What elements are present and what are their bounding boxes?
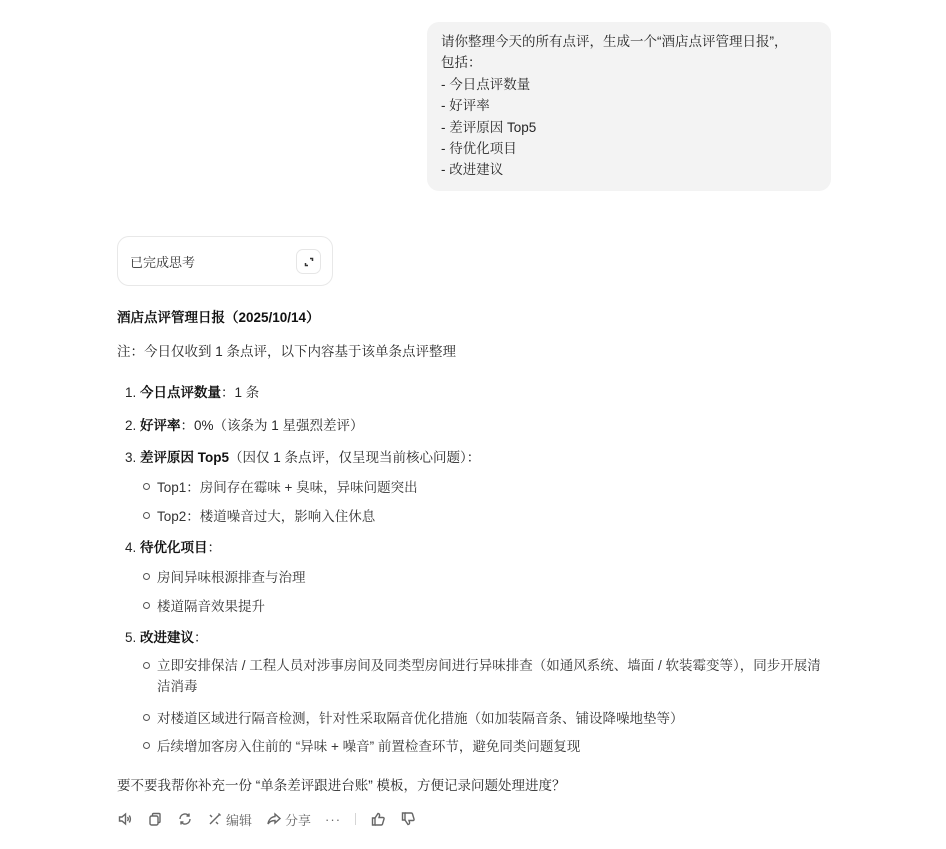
- sub-list-item: 立即安排保洁 / 工程人员对涉事房间及同类型房间进行异味排查（如通风系统、墙面 …: [157, 655, 833, 697]
- edit-icon: [207, 811, 223, 827]
- list-item-label: 今日点评数量: [140, 385, 221, 400]
- sub-list-item: Top2：楼道噪音过大，影响入住休息: [157, 505, 375, 525]
- list-item-optimization: 4. 待优化项目：: [125, 536, 221, 556]
- share-icon: [266, 811, 282, 827]
- user-message-line: - 差评原因 Top5: [441, 117, 817, 138]
- list-item-text: 0%（该条为 1 星强烈差评）: [194, 418, 364, 433]
- list-item-sep: ：: [221, 385, 235, 400]
- thinking-label: 已完成思考: [130, 252, 195, 271]
- list-item-label: 待优化项目: [140, 540, 208, 555]
- list-item-sep: ：: [208, 540, 222, 555]
- list-item-top5-reasons: 3. 差评原因 Top5（因仅 1 条点评，仅呈现当前核心问题）：: [125, 446, 480, 466]
- user-message-line: - 今日点评数量: [441, 74, 817, 95]
- list-number: 3.: [125, 450, 136, 465]
- thumbs-up-icon: [370, 811, 386, 827]
- speaker-icon: [117, 811, 133, 827]
- like-button[interactable]: [370, 811, 386, 827]
- user-message-line: - 改进建议: [441, 159, 817, 180]
- list-item-sep: ：: [181, 418, 195, 433]
- list-number: 2.: [125, 418, 136, 433]
- list-item-suggestions: 5. 改进建议：: [125, 626, 208, 646]
- followup-question: 要不要我帮你补充一份 “单条差评跟进台账” 模板，方便记录问题处理进度？: [117, 774, 566, 794]
- dislike-button[interactable]: [400, 811, 416, 827]
- list-item-review-count: 1. 今日点评数量：1 条: [125, 381, 259, 401]
- sub-list-item: 后续增加客房入住前的 “异味 + 噪音” 前置检查环节，避免同类问题复现: [157, 735, 580, 755]
- list-item-label: 好评率: [140, 418, 181, 433]
- user-message-line: - 好评率: [441, 95, 817, 116]
- edit-button[interactable]: 编辑: [207, 810, 252, 829]
- copy-button[interactable]: [147, 811, 163, 827]
- thinking-status-card[interactable]: 已完成思考: [117, 236, 333, 286]
- edit-label: 编辑: [226, 810, 252, 829]
- more-options-button[interactable]: ···: [325, 812, 341, 827]
- expand-thinking-button[interactable]: [296, 249, 321, 274]
- expand-icon: [303, 256, 315, 268]
- user-message-line: 包括：: [441, 52, 817, 73]
- sub-list-item: 楼道隔音效果提升: [157, 595, 265, 615]
- user-message-line: - 待优化项目: [441, 138, 817, 159]
- read-aloud-button[interactable]: [117, 811, 133, 827]
- list-item-label: 改进建议: [140, 630, 194, 645]
- more-icon: ···: [325, 812, 341, 827]
- list-number: 4.: [125, 540, 136, 555]
- copy-icon: [147, 811, 163, 827]
- sub-list-item: Top1：房间存在霉味 + 臭味，异味问题突出: [157, 476, 418, 496]
- sub-list-item: 房间异味根源排查与治理: [157, 566, 306, 586]
- list-number: 5.: [125, 630, 136, 645]
- refresh-icon: [177, 811, 193, 827]
- thumbs-down-icon: [400, 811, 416, 827]
- share-label: 分享: [285, 810, 311, 829]
- action-divider: [355, 813, 356, 825]
- regenerate-button[interactable]: [177, 811, 193, 827]
- user-message-line: 请你整理今天的所有点评，生成一个“酒店点评管理日报”，: [441, 31, 817, 52]
- list-item-positive-rate: 2. 好评率：0%（该条为 1 星强烈差评）: [125, 414, 364, 434]
- sub-list-item: 对楼道区域进行隔音检测，针对性采取隔音优化措施（如加装隔音条、铺设降噪地垫等）: [157, 707, 684, 727]
- list-number: 1.: [125, 385, 136, 400]
- list-item-sep: ：: [194, 630, 208, 645]
- list-item-text: 1 条: [235, 385, 260, 400]
- report-title: 酒店点评管理日报（2025/10/14）: [117, 306, 320, 326]
- report-note: 注：今日仅收到 1 条点评，以下内容基于该单条点评整理: [117, 340, 456, 360]
- user-message-bubble: 请你整理今天的所有点评，生成一个“酒店点评管理日报”， 包括： - 今日点评数量…: [427, 22, 831, 191]
- list-item-label: 差评原因 Top5: [140, 450, 229, 465]
- message-action-bar: 编辑 分享 ···: [117, 808, 430, 830]
- share-button[interactable]: 分享: [266, 810, 311, 829]
- list-item-text: （因仅 1 条点评，仅呈现当前核心问题）：: [229, 450, 480, 465]
